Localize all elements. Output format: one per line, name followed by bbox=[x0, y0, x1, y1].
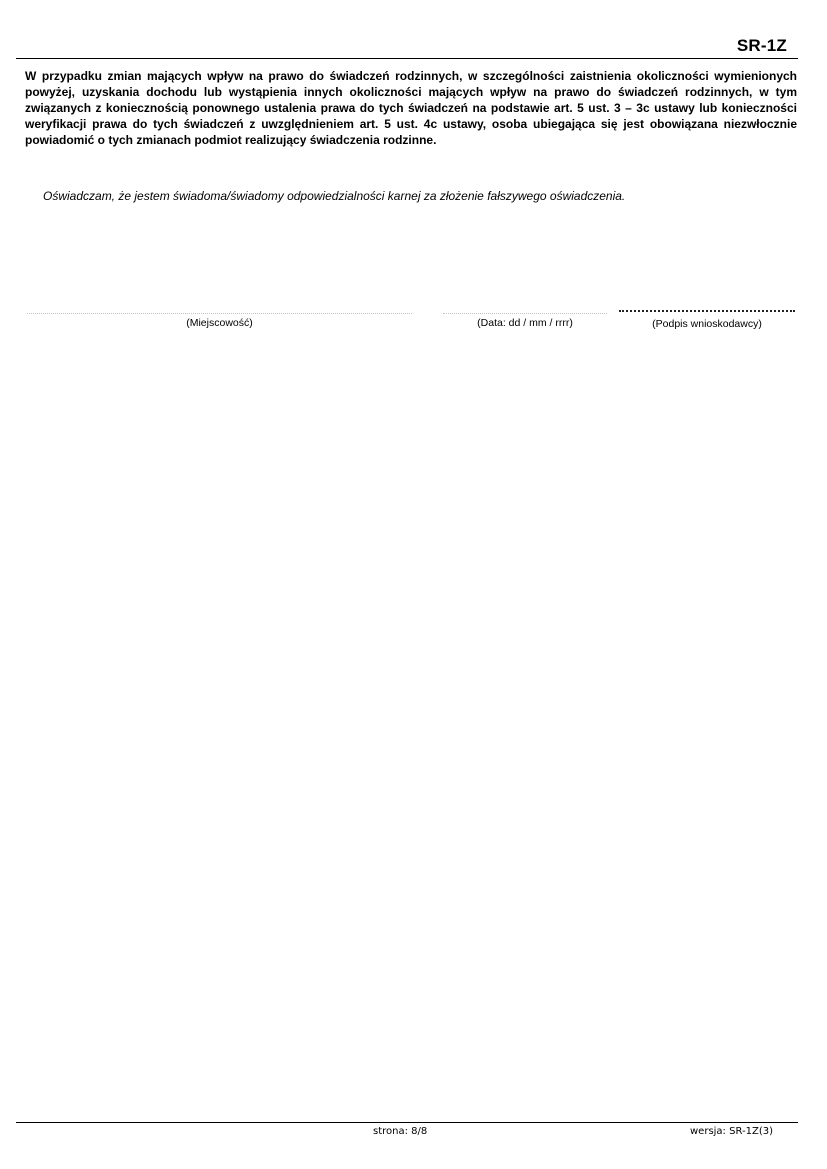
footer-divider bbox=[16, 1122, 798, 1123]
place-input-line[interactable] bbox=[27, 313, 412, 314]
signature-label: (Podpis wnioskodawcy) bbox=[619, 318, 795, 330]
place-field[interactable]: (Miejscowość) bbox=[27, 313, 412, 329]
form-version: wersja: SR-1Z(3) bbox=[690, 1126, 773, 1137]
header-divider bbox=[16, 58, 798, 59]
date-input-line[interactable] bbox=[443, 313, 607, 314]
form-code: SR-1Z bbox=[737, 36, 787, 56]
date-label: (Data: dd / mm / rrrr) bbox=[443, 317, 607, 329]
signature-input-line[interactable] bbox=[619, 310, 795, 312]
change-notification-notice: W przypadku zmian mających wpływ na praw… bbox=[25, 68, 797, 148]
date-field[interactable]: (Data: dd / mm / rrrr) bbox=[443, 313, 607, 329]
page-number: strona: 8/8 bbox=[373, 1126, 427, 1137]
place-label: (Miejscowość) bbox=[27, 317, 412, 329]
criminal-liability-declaration: Oświadczam, że jestem świadoma/świadomy … bbox=[43, 188, 625, 204]
signature-field[interactable]: (Podpis wnioskodawcy) bbox=[619, 310, 795, 330]
